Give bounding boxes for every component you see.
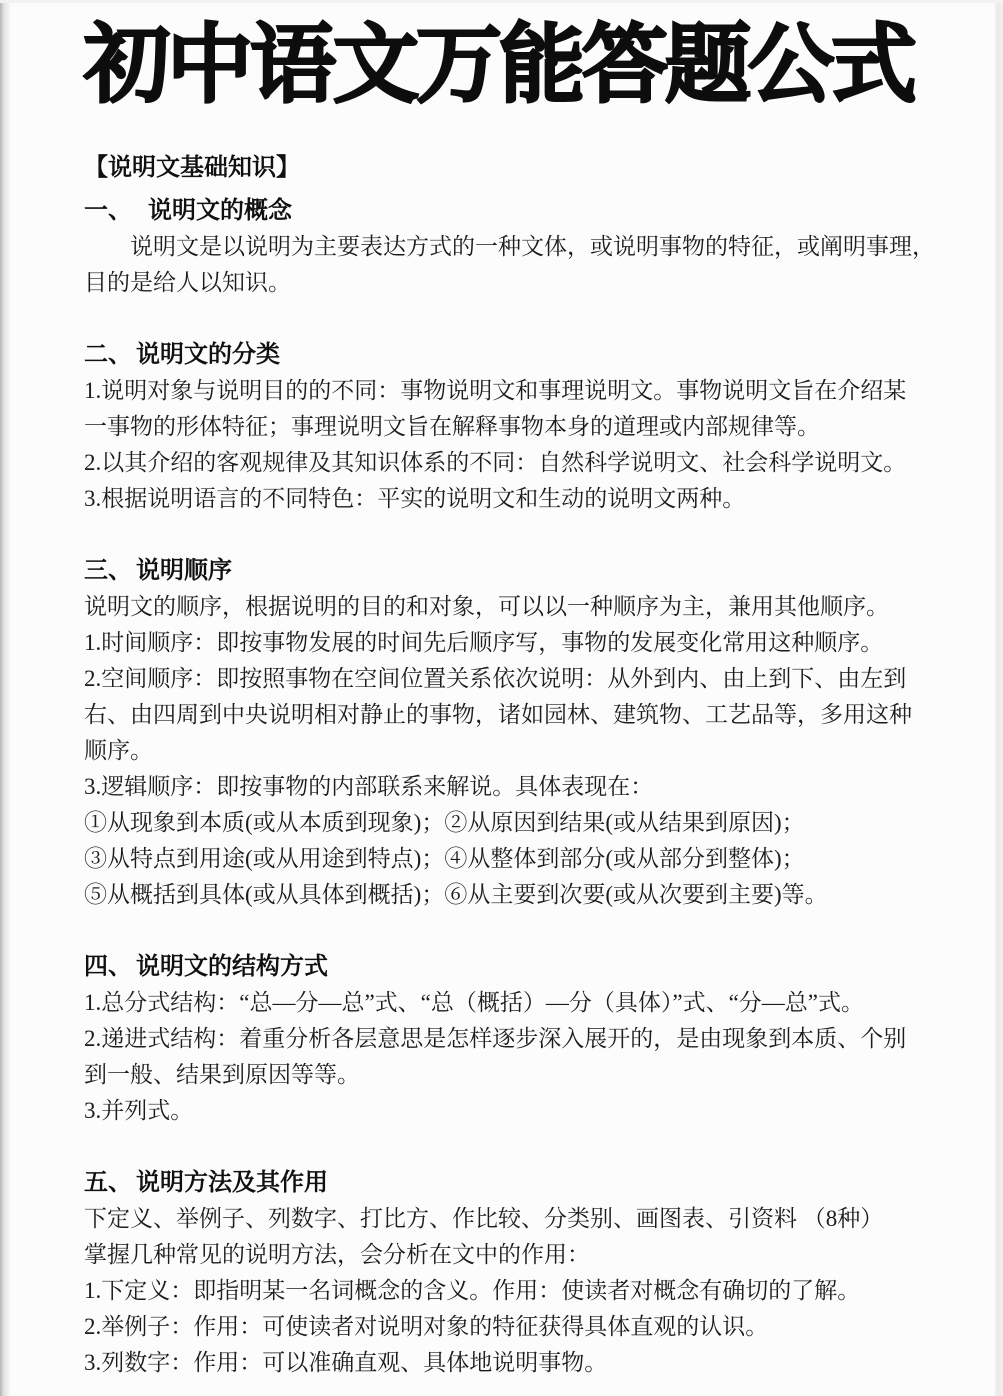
body-line: 顺序。 (84, 733, 920, 769)
section-title: 说明文的概念 (148, 197, 292, 224)
body-line: 1.下定义：即指明某一名词概念的含义。作用：使读者对概念有确切的了解。 (84, 1273, 920, 1309)
section-number: 一、 (84, 197, 132, 224)
section-heading: 一、说明文的概念 (84, 193, 920, 229)
body-line: 说明文是以说明为主要表达方式的一种文体，或说明事物的特征，或阐明事理， (84, 229, 920, 265)
section-structure: 四、说明文的结构方式 1.总分式结构：“总—分—总”式、“总（概括）—分（具体）… (84, 949, 920, 1129)
doc-title: 初中语文万能答题公式 (84, 12, 920, 118)
body-line: ③从特点到用途(或从用途到特点)；④从整体到部分(或从部分到整体)； (84, 841, 920, 877)
page-left-edge-shadow (0, 0, 10, 1396)
section-number: 五、 (84, 1169, 132, 1196)
body-line: 1.说明对象与说明目的的不同：事物说明文和事理说明文。事物说明文旨在介绍某 (84, 373, 920, 409)
section-title: 说明顺序 (136, 557, 232, 584)
section-title: 说明方法及其作用 (136, 1169, 328, 1196)
section-number: 四、 (84, 953, 132, 980)
body-line: 右、由四周到中央说明相对静止的事物，诸如园林、建筑物、工艺品等，多用这种 (84, 697, 920, 733)
body-line: ①从现象到本质(或从本质到现象)；②从原因到结果(或从结果到原因)； (84, 805, 920, 841)
section-heading: 五、说明方法及其作用 (84, 1165, 920, 1201)
section-heading: 三、说明顺序 (84, 553, 920, 589)
body-line: ⑤从概括到具体(或从具体到概括)；⑥从主要到次要(或从次要到主要)等。 (84, 877, 920, 913)
section-title: 说明文的结构方式 (136, 953, 328, 980)
body-line: 3.根据说明语言的不同特色：平实的说明文和生动的说明文两种。 (84, 481, 920, 517)
body-line: 2.递进式结构：着重分析各层意思是怎样逐步深入展开的，是由现象到本质、个别 (84, 1021, 920, 1057)
section-number: 三、 (84, 557, 132, 584)
body-line: 目的是给人以知识。 (84, 265, 920, 301)
section-number: 二、 (84, 341, 132, 368)
body-line: 说明文的顺序，根据说明的目的和对象，可以以一种顺序为主，兼用其他顺序。 (84, 589, 920, 625)
body-line: 2.空间顺序：即按照事物在空间位置关系依次说明：从外到内、由上到下、由左到 (84, 661, 920, 697)
body-line: 3.并列式。 (84, 1093, 920, 1129)
body-line: 1.时间顺序：即按事物发展的时间先后顺序写，事物的发展变化常用这种顺序。 (84, 625, 920, 661)
body-line: 3.逻辑顺序：即按事物的内部联系来解说。具体表现在： (84, 769, 920, 805)
page-top-edge-shadow (0, 0, 1003, 3)
body-line: 一事物的形体特征；事理说明文旨在解释事物本身的道理或内部规律等。 (84, 409, 920, 445)
section-concept: 一、说明文的概念 说明文是以说明为主要表达方式的一种文体，或说明事物的特征，或阐… (84, 193, 920, 301)
section-heading: 二、说明文的分类 (84, 337, 920, 373)
section-classification: 二、说明文的分类 1.说明对象与说明目的的不同：事物说明文和事理说明文。事物说明… (84, 337, 920, 517)
body-line: 2.以其介绍的客观规律及其知识体系的不同：自然科学说明文、社会科学说明文。 (84, 445, 920, 481)
topic-header: 【说明文基础知识】 (84, 150, 920, 186)
body-line: 2.举例子：作用：可使读者对说明对象的特征获得具体直观的认识。 (84, 1309, 920, 1345)
body-line: 掌握几种常见的说明方法，会分析在文中的作用： (84, 1237, 920, 1273)
section-title: 说明文的分类 (136, 341, 280, 368)
page-right-edge-shadow (994, 0, 1003, 1396)
body-line: 3.列数字：作用：可以准确直观、具体地说明事物。 (84, 1345, 920, 1381)
section-heading: 四、说明文的结构方式 (84, 949, 920, 985)
body-line: 1.总分式结构：“总—分—总”式、“总（概括）—分（具体）”式、“分—总”式。 (84, 985, 920, 1021)
body-line: 下定义、举例子、列数字、打比方、作比较、分类别、画图表、引资料 （8种） (84, 1201, 920, 1237)
section-methods: 五、说明方法及其作用 下定义、举例子、列数字、打比方、作比较、分类别、画图表、引… (84, 1165, 920, 1381)
document-page: 初中语文万能答题公式 【说明文基础知识】 一、说明文的概念 说明文是以说明为主要… (0, 0, 1003, 1396)
section-order: 三、说明顺序 说明文的顺序，根据说明的目的和对象，可以以一种顺序为主，兼用其他顺… (84, 553, 920, 913)
body-line: 到一般、结果到原因等等。 (84, 1057, 920, 1093)
